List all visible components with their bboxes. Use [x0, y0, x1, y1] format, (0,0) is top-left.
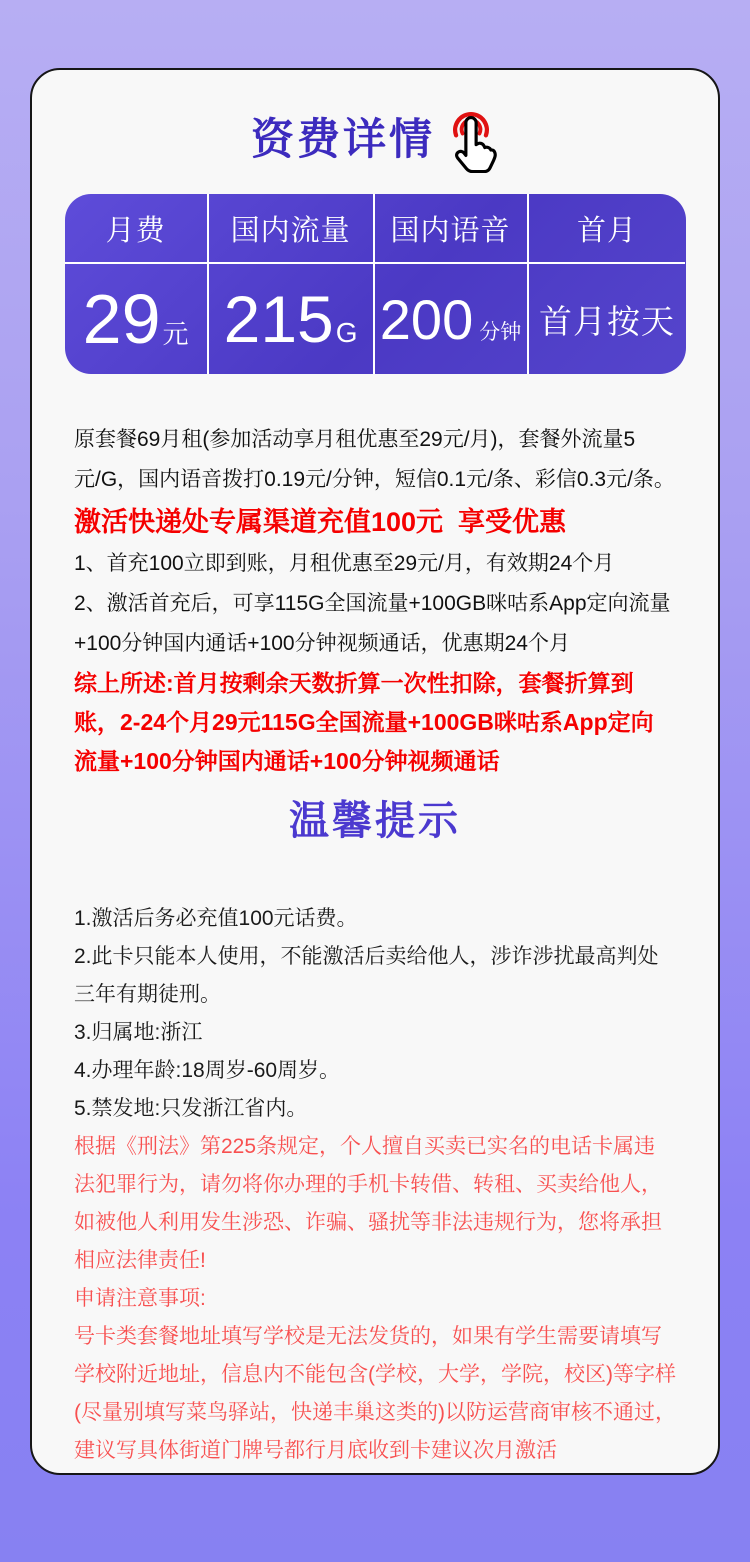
header-first-month: 首月: [527, 194, 686, 264]
tap-gesture-icon: [443, 107, 499, 178]
value-first-month: 首月按天: [527, 264, 686, 374]
page-title-row: 资费详情: [32, 104, 718, 168]
promo-point-2: 2、激活首充后，可享115G全国流量+100GB咪咕系App定向流量+100分钟…: [74, 584, 676, 664]
table-value-row: 29 元 215 G 200 分钟 首月按天: [65, 264, 686, 374]
data-unit: G: [336, 317, 358, 349]
plan-summary-paragraph: 综上所述:首月按剩余天数折算一次性扣除，套餐折算到账，2-24个月29元115G…: [74, 664, 676, 781]
value-monthly-fee: 29 元: [65, 264, 207, 374]
tips-heading: 温馨提示: [74, 789, 676, 846]
apply-note-paragraph: 号卡类套餐地址填写学校是无法发货的，如果有学生需要请填写学校附近地址，信息内不能…: [74, 1318, 676, 1470]
table-header-row: 月费 国内流量 国内语音 首月: [65, 194, 686, 264]
header-monthly-fee: 月费: [65, 194, 207, 264]
fee-detail-card: 资费详情 月费 国内流量 国内语音 首月 29 元: [30, 68, 720, 1475]
tip-item-2: 2.此卡只能本人使用，不能激活后卖给他人，涉诈涉扰最高判处三年有期徒刑。: [74, 938, 676, 1014]
header-domestic-voice: 国内语音: [373, 194, 527, 264]
tips-list: 1.激活后务必充值100元话费。 2.此卡只能本人使用，不能激活后卖给他人，涉诈…: [74, 900, 676, 1128]
value-domestic-data: 215 G: [207, 264, 373, 374]
plan-details-section: 原套餐69月租(参加活动享月租优惠至29元/月)，套餐外流量5元/G，国内语音拨…: [32, 420, 718, 1470]
plan-summary-table: 月费 国内流量 国内语音 首月 29 元 215 G 200 分: [65, 194, 686, 374]
tip-item-1: 1.激活后务必充值100元话费。: [74, 900, 676, 938]
legal-warning-paragraph: 根据《刑法》第225条规定，个人擅自买卖已实名的电话卡属违法犯罪行为，请勿将你办…: [74, 1128, 676, 1280]
voice-number: 200: [380, 287, 473, 352]
plan-intro-paragraph: 原套餐69月租(参加活动享月租优惠至29元/月)，套餐外流量5元/G，国内语音拨…: [74, 420, 676, 500]
data-number: 215: [224, 281, 334, 357]
header-domestic-data: 国内流量: [207, 194, 373, 264]
recharge-promo-heading: 激活快递处专属渠道充值100元 享受优惠: [74, 500, 676, 544]
voice-unit: 分钟: [479, 316, 521, 346]
tip-item-5: 5.禁发地:只发浙江省内。: [74, 1090, 676, 1128]
monthly-fee-unit: 元: [163, 314, 189, 351]
promo-point-1: 1、首充100立即到账，月租优惠至29元/月，有效期24个月: [74, 544, 676, 584]
tip-item-3: 3.归属地:浙江: [74, 1014, 676, 1052]
first-month-value: 首月按天: [539, 296, 675, 343]
monthly-fee-number: 29: [83, 279, 161, 359]
tip-item-4: 4.办理年龄:18周岁-60周岁。: [74, 1052, 676, 1090]
page-title: 资费详情: [251, 106, 435, 167]
apply-note-heading: 申请注意事项:: [74, 1280, 676, 1318]
value-domestic-voice: 200 分钟: [373, 264, 527, 374]
